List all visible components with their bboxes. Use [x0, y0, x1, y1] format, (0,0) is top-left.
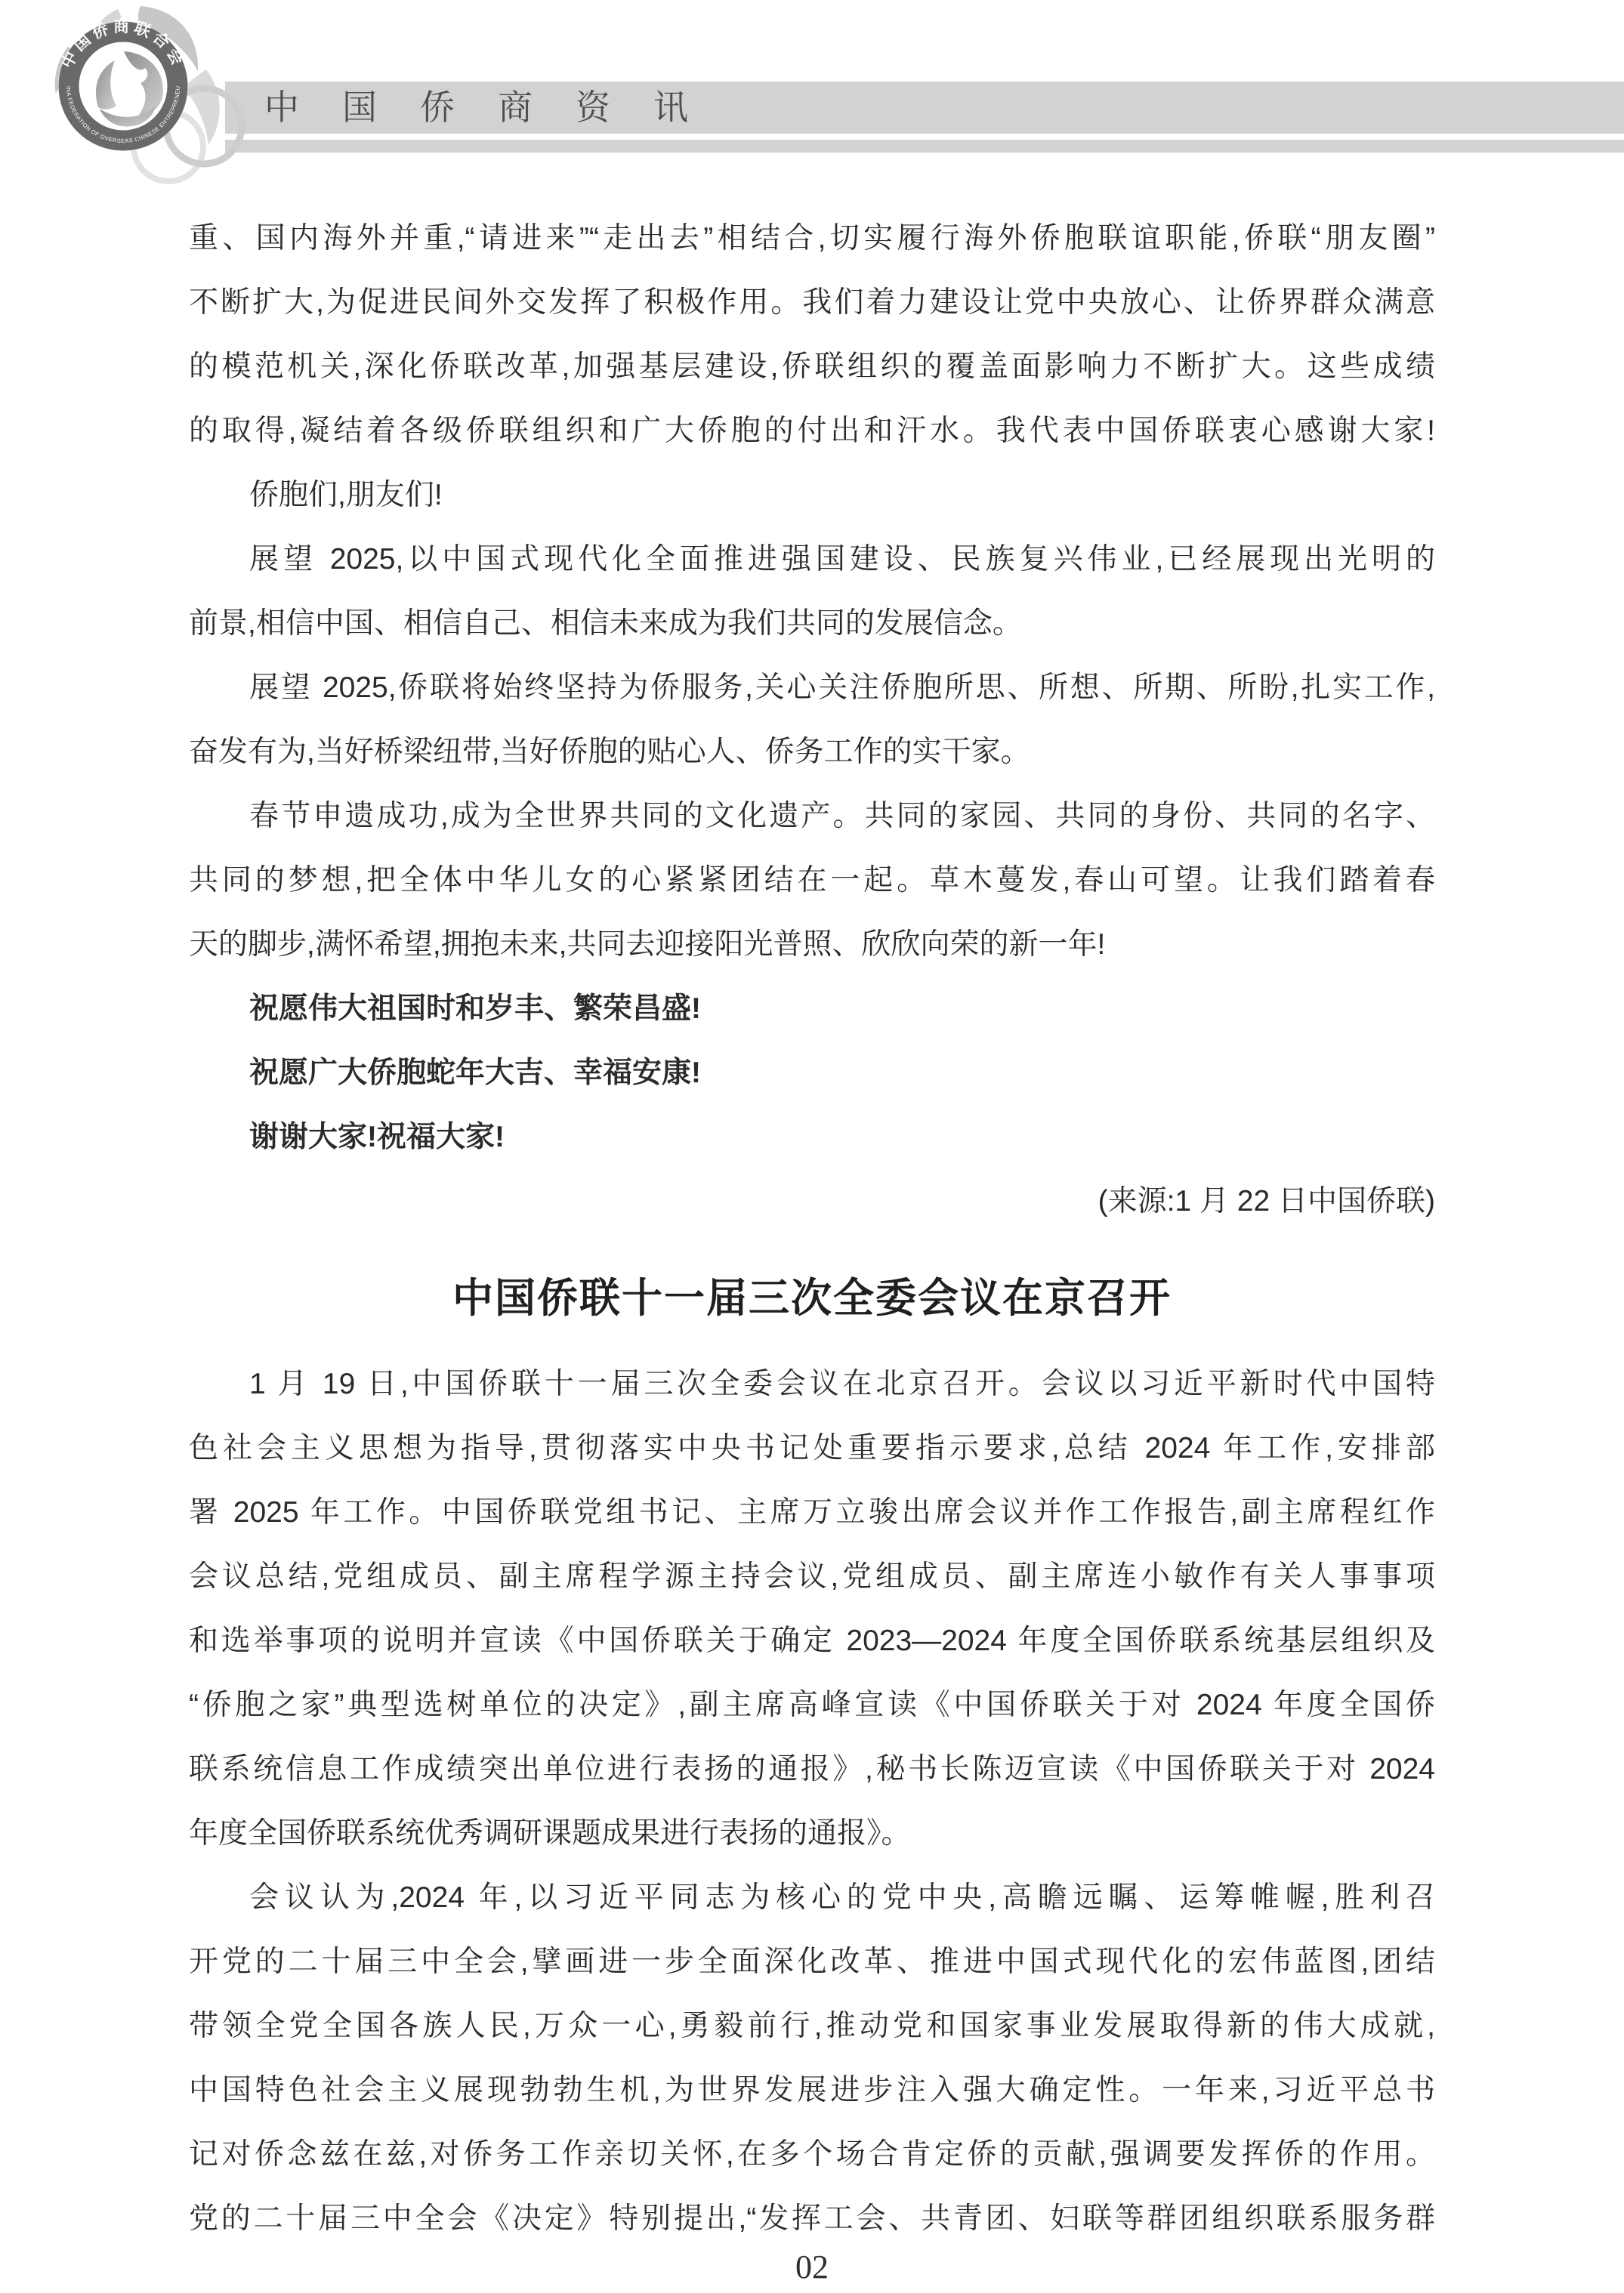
article-2-line: 开党的二十届三中全会,擘画进一步全面深化改革、推进中国式现代化的宏伟蓝图,团结 — [189, 1930, 1435, 1994]
article-2-line: 和选举事项的说明并宣读《中国侨联关于确定 2023—2024 年度全国侨联系统基… — [189, 1609, 1435, 1673]
page-number: 02 — [0, 2248, 1624, 2286]
article-2-line: 中国特色社会主义展现勃勃生机,为世界发展进步注入强大确定性。一年来,习近平总书 — [189, 2058, 1435, 2122]
article-1-line: 春节申遗成功,成为全世界共同的文化遗产。共同的家园、共同的身份、共同的名字、 — [189, 784, 1435, 848]
article-1-line: 展望 2025,侨联将始终坚持为侨服务,关心关注侨胞所思、所想、所期、所盼,扎实… — [189, 656, 1435, 720]
article-2-line: 1 月 19 日,中国侨联十一届三次全委会议在北京召开。会议以习近平新时代中国特 — [189, 1352, 1435, 1416]
article-2-line: 色社会主义思想为指导,贯彻落实中央书记处重要指示要求,总结 2024 年工作,安… — [189, 1416, 1435, 1480]
article-2-line: 会议总结,党组成员、副主席程学源主持会议,党组成员、副主席连小敏作有关人事事项 — [189, 1545, 1435, 1609]
article-1-wish-line: 祝愿伟大祖国时和岁丰、繁荣昌盛! — [189, 977, 1435, 1041]
article-1-line: 的取得,凝结着各级侨联组织和广大侨胞的付出和汗水。我代表中国侨联衷心感谢大家! — [189, 399, 1435, 463]
article-1-line: 前景,相信中国、相信自己、相信未来成为我们共同的发展信念。 — [189, 591, 1435, 656]
article-1-line: 天的脚步,满怀希望,拥抱未来,共同去迎接阳光普照、欣欣向荣的新一年! — [189, 912, 1435, 977]
article-1-line: 重、国内海外并重,“请进来”“走出去”相结合,切实履行海外侨胞联谊职能,侨联“朋… — [189, 206, 1435, 270]
masthead-bar: 中国侨商资讯 — [225, 82, 1624, 134]
article-2-line: “侨胞之家”典型选树单位的决定》,副主席高峰宣读《中国侨联关于对 2024 年度… — [189, 1673, 1435, 1737]
article-2-body: 1 月 19 日,中国侨联十一届三次全委会议在北京召开。会议以习近平新时代中国特… — [189, 1352, 1435, 2251]
article-2-line: 党的二十届三中全会《决定》特别提出,“发挥工会、共青团、妇联等群团组织联系服务群 — [189, 2187, 1435, 2251]
article-1-line: 侨胞们,朋友们! — [189, 463, 1435, 527]
federation-logo: 中国侨商联合会 CHINA FEDERATION OF OVERSEAS CHI… — [29, 2, 249, 189]
article-2-line: 记对侨念兹在兹,对侨务工作亲切关怀,在多个场合肯定侨的贡献,强调要发挥侨的作用。 — [189, 2122, 1435, 2187]
article-1-line: 的模范机关,深化侨联改革,加强基层建设,侨联组织的覆盖面影响力不断扩大。这些成绩 — [189, 335, 1435, 399]
article-2-line: 会议认为,2024 年,以习近平同志为核心的党中央,高瞻远瞩、运筹帷幄,胜利召 — [189, 1866, 1435, 1930]
masthead-underline-bar — [225, 140, 1624, 153]
masthead-title: 中国侨商资讯 — [225, 82, 1624, 134]
article-2-line: 年度全国侨联系统优秀调研课题成果进行表扬的通报》。 — [189, 1801, 1435, 1866]
federation-logo-icon: 中国侨商联合会 CHINA FEDERATION OF OVERSEAS CHI… — [29, 2, 249, 189]
article-1-body: 重、国内海外并重,“请进来”“走出去”相结合,切实履行海外侨胞联谊职能,侨联“朋… — [189, 206, 1435, 1233]
article-1-line: 不断扩大,为促进民间外交发挥了积极作用。我们着力建设让党中央放心、让侨界群众满意 — [189, 270, 1435, 335]
article-1-line: 奋发有为,当好桥梁纽带,当好侨胞的贴心人、侨务工作的实干家。 — [189, 720, 1435, 784]
document-page: 中国侨商资讯 — [0, 0, 1624, 2293]
article-1-wish-line: 祝愿广大侨胞蛇年大吉、幸福安康! — [189, 1041, 1435, 1105]
article-1-source: (来源:1 月 22 日中国侨联) — [189, 1169, 1435, 1233]
article-1-wish-line: 谢谢大家!祝福大家! — [189, 1105, 1435, 1169]
article-2-line: 联系统信息工作成绩突出单位进行表扬的通报》,秘书长陈迈宣读《中国侨联关于对 20… — [189, 1737, 1435, 1801]
article-1-line: 共同的梦想,把全体中华儿女的心紧紧团结在一起。草木蔓发,春山可望。让我们踏着春 — [189, 848, 1435, 912]
article-2-line: 带领全党全国各族人民,万众一心,勇毅前行,推动党和国家事业发展取得新的伟大成就, — [189, 1994, 1435, 2058]
article-2-title: 中国侨联十一届三次全委会议在京召开 — [189, 1270, 1435, 1326]
article-1-line: 展望 2025,以中国式现代化全面推进强国建设、民族复兴伟业,已经展现出光明的 — [189, 527, 1435, 591]
article-2-line: 署 2025 年工作。中国侨联党组书记、主席万立骏出席会议并作工作报告,副主席程… — [189, 1480, 1435, 1545]
